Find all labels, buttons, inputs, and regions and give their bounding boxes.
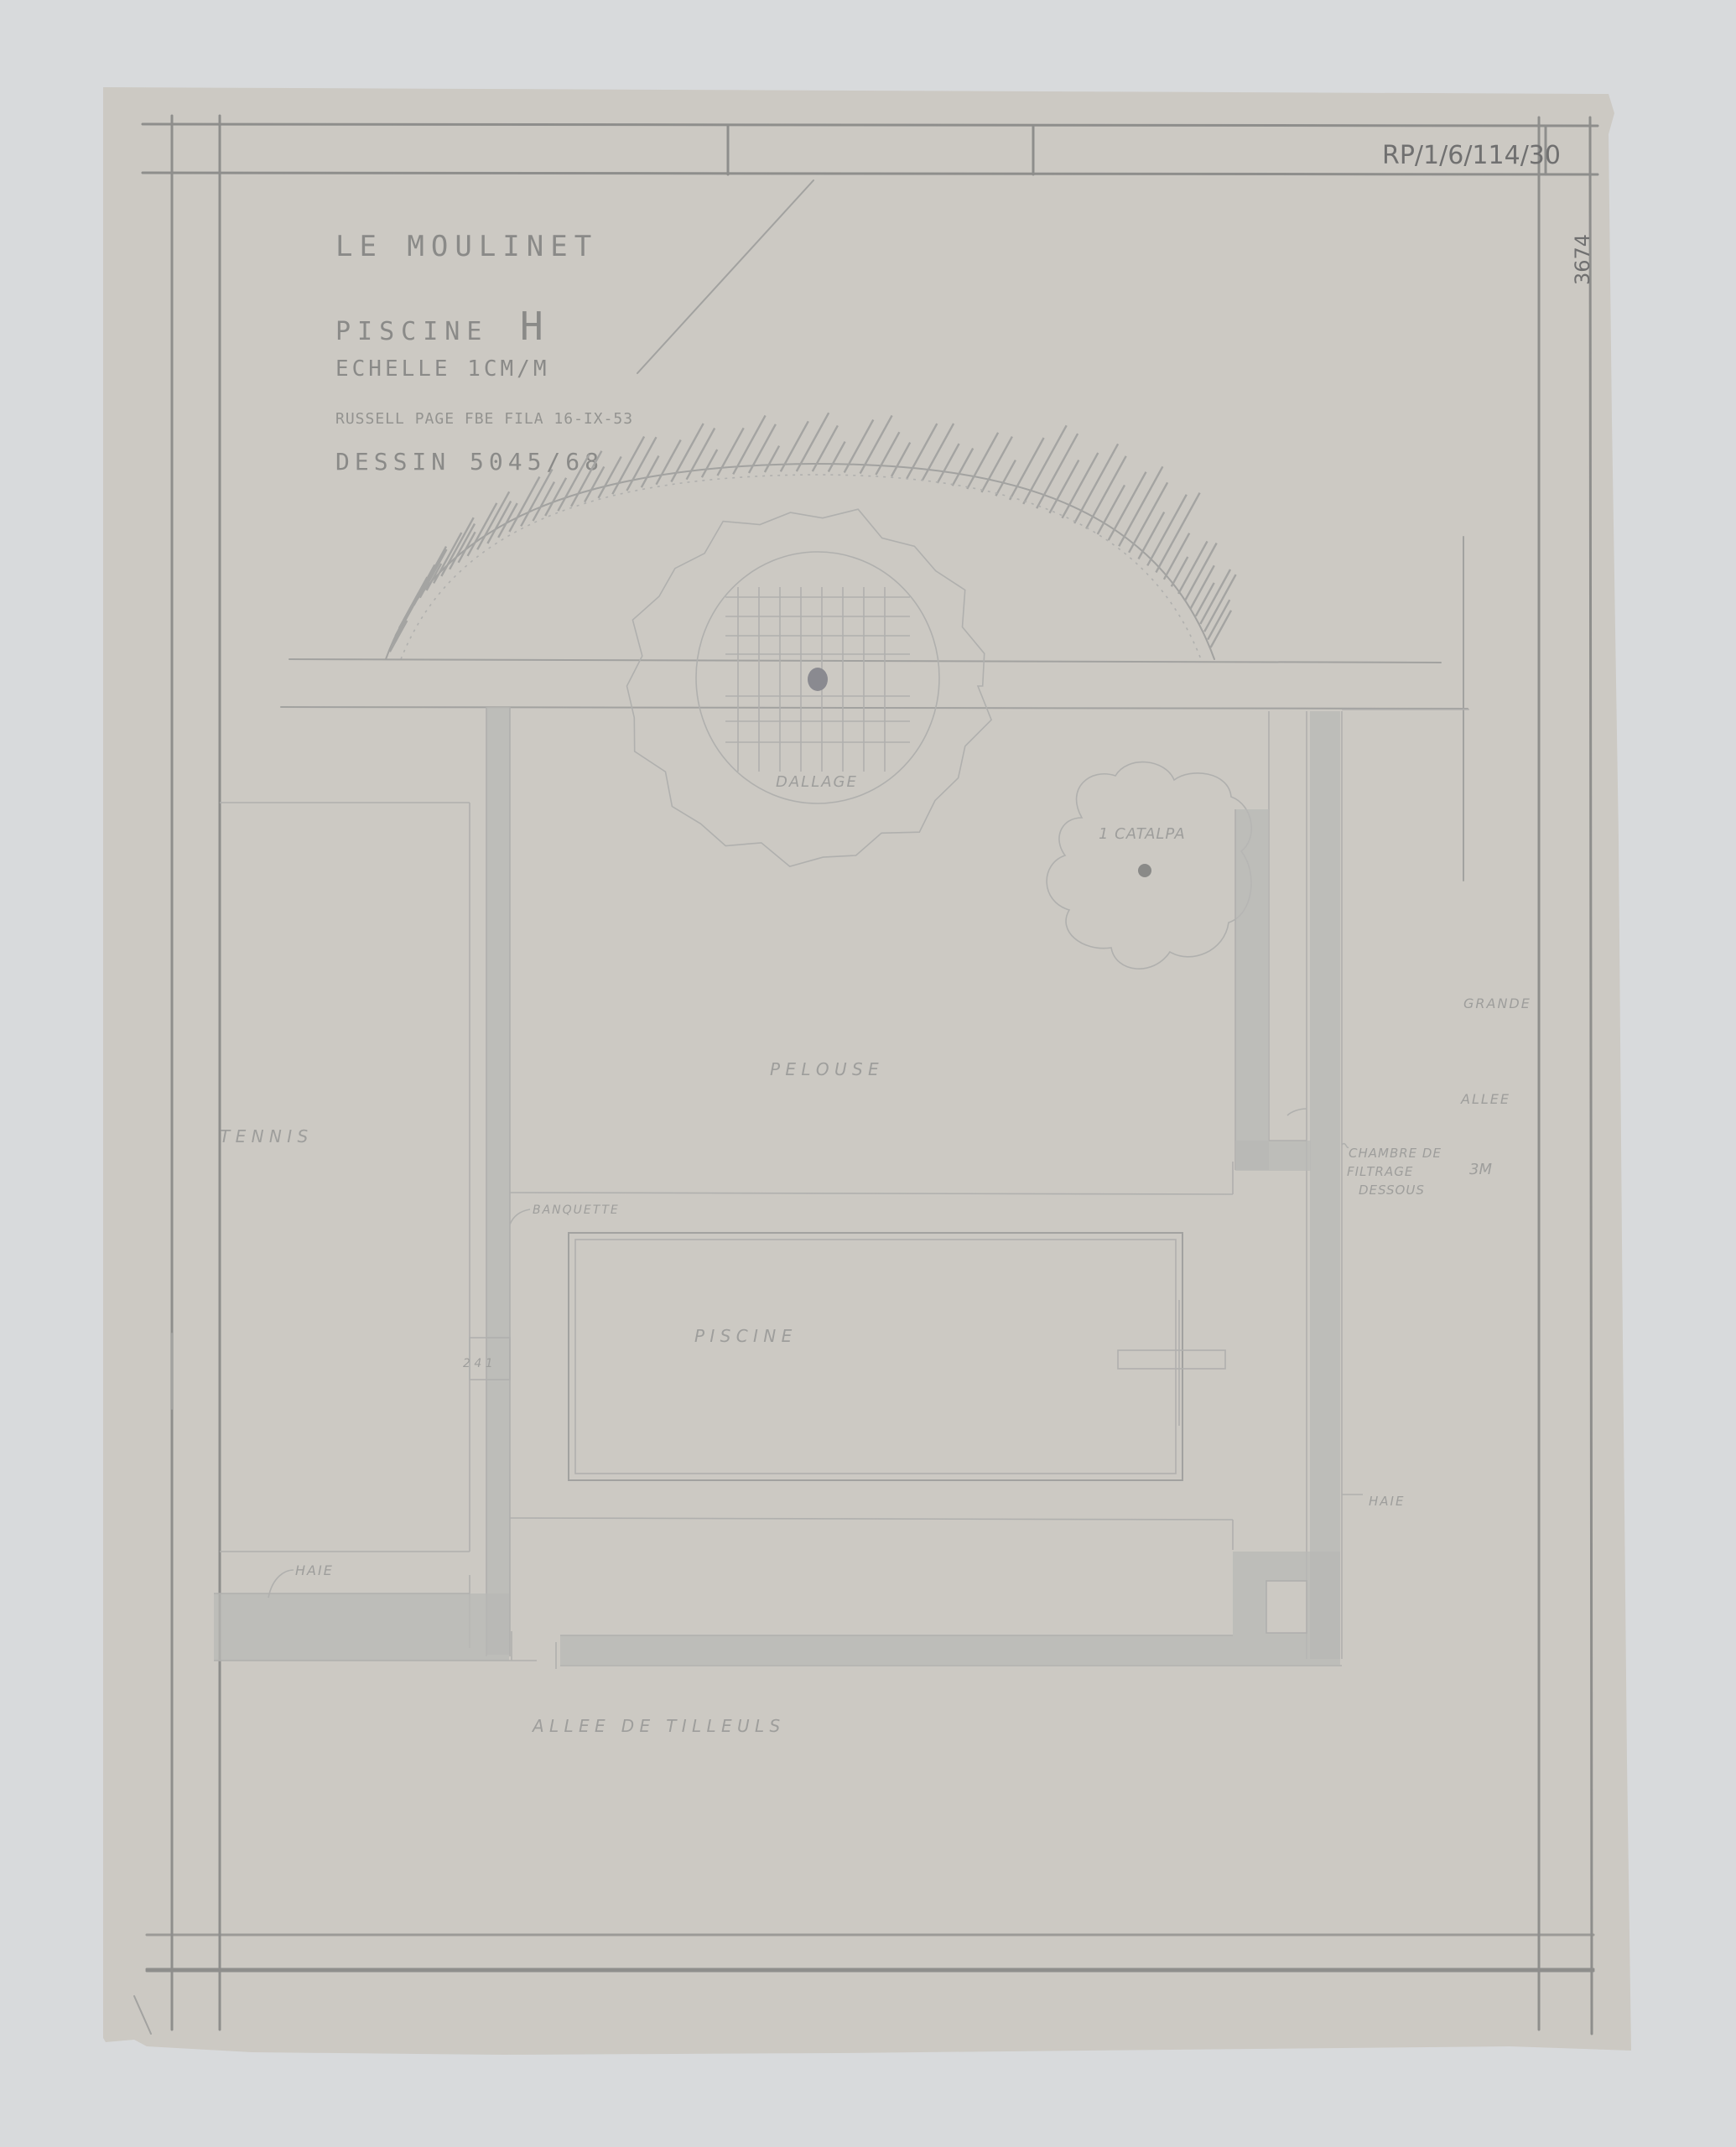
tennis-label: T E N N I S: [220, 1126, 308, 1146]
dallage-label: DALLAGE: [776, 773, 858, 791]
archive-reference: RP/1/6/114/30: [1382, 141, 1561, 170]
piscine-label: P I S C I N E: [694, 1326, 793, 1346]
allee-tilleuls-label: A L L E E D E T I L L E U L S: [531, 1716, 781, 1736]
chambre-label-3: DESSOUS: [1359, 1183, 1425, 1198]
margin-number: 3674: [1571, 234, 1594, 285]
allee-label: ALLEE: [1460, 1091, 1510, 1107]
tree-trunk-icon: [1138, 864, 1151, 877]
haie-right-label: HAIE: [1369, 1494, 1405, 1509]
grande-label: GRANDE: [1463, 996, 1531, 1011]
catalpa-label: 1 CATALPA: [1099, 825, 1186, 843]
fountain-center-icon: [808, 668, 828, 691]
author-date: RUSSELL PAGE FBE FILA 16-IX-53: [335, 410, 633, 428]
banquette-label: BANQUETTE: [533, 1203, 620, 1217]
sheet-letter: H: [520, 304, 543, 349]
chambre-label-2: FILTRAGE: [1347, 1164, 1413, 1179]
chambre-label-1: CHAMBRE DE: [1349, 1146, 1442, 1161]
subject-title: PISCINE: [335, 317, 488, 346]
project-title: LE MOULINET: [335, 230, 598, 263]
architectural-plan-drawing: LE MOULINET PISCINE H ECHELLE 1CM/M RUSS…: [0, 0, 1736, 2147]
width-label: 3M: [1469, 1161, 1492, 1178]
scale-label: ECHELLE 1CM/M: [335, 356, 550, 382]
haie-left-label: HAIE: [295, 1562, 334, 1578]
drawing-number: DESSIN 5045/68: [335, 448, 604, 476]
steps-label: 2 4 1: [463, 1357, 493, 1370]
pelouse-label: P E L O U S E: [770, 1059, 879, 1079]
